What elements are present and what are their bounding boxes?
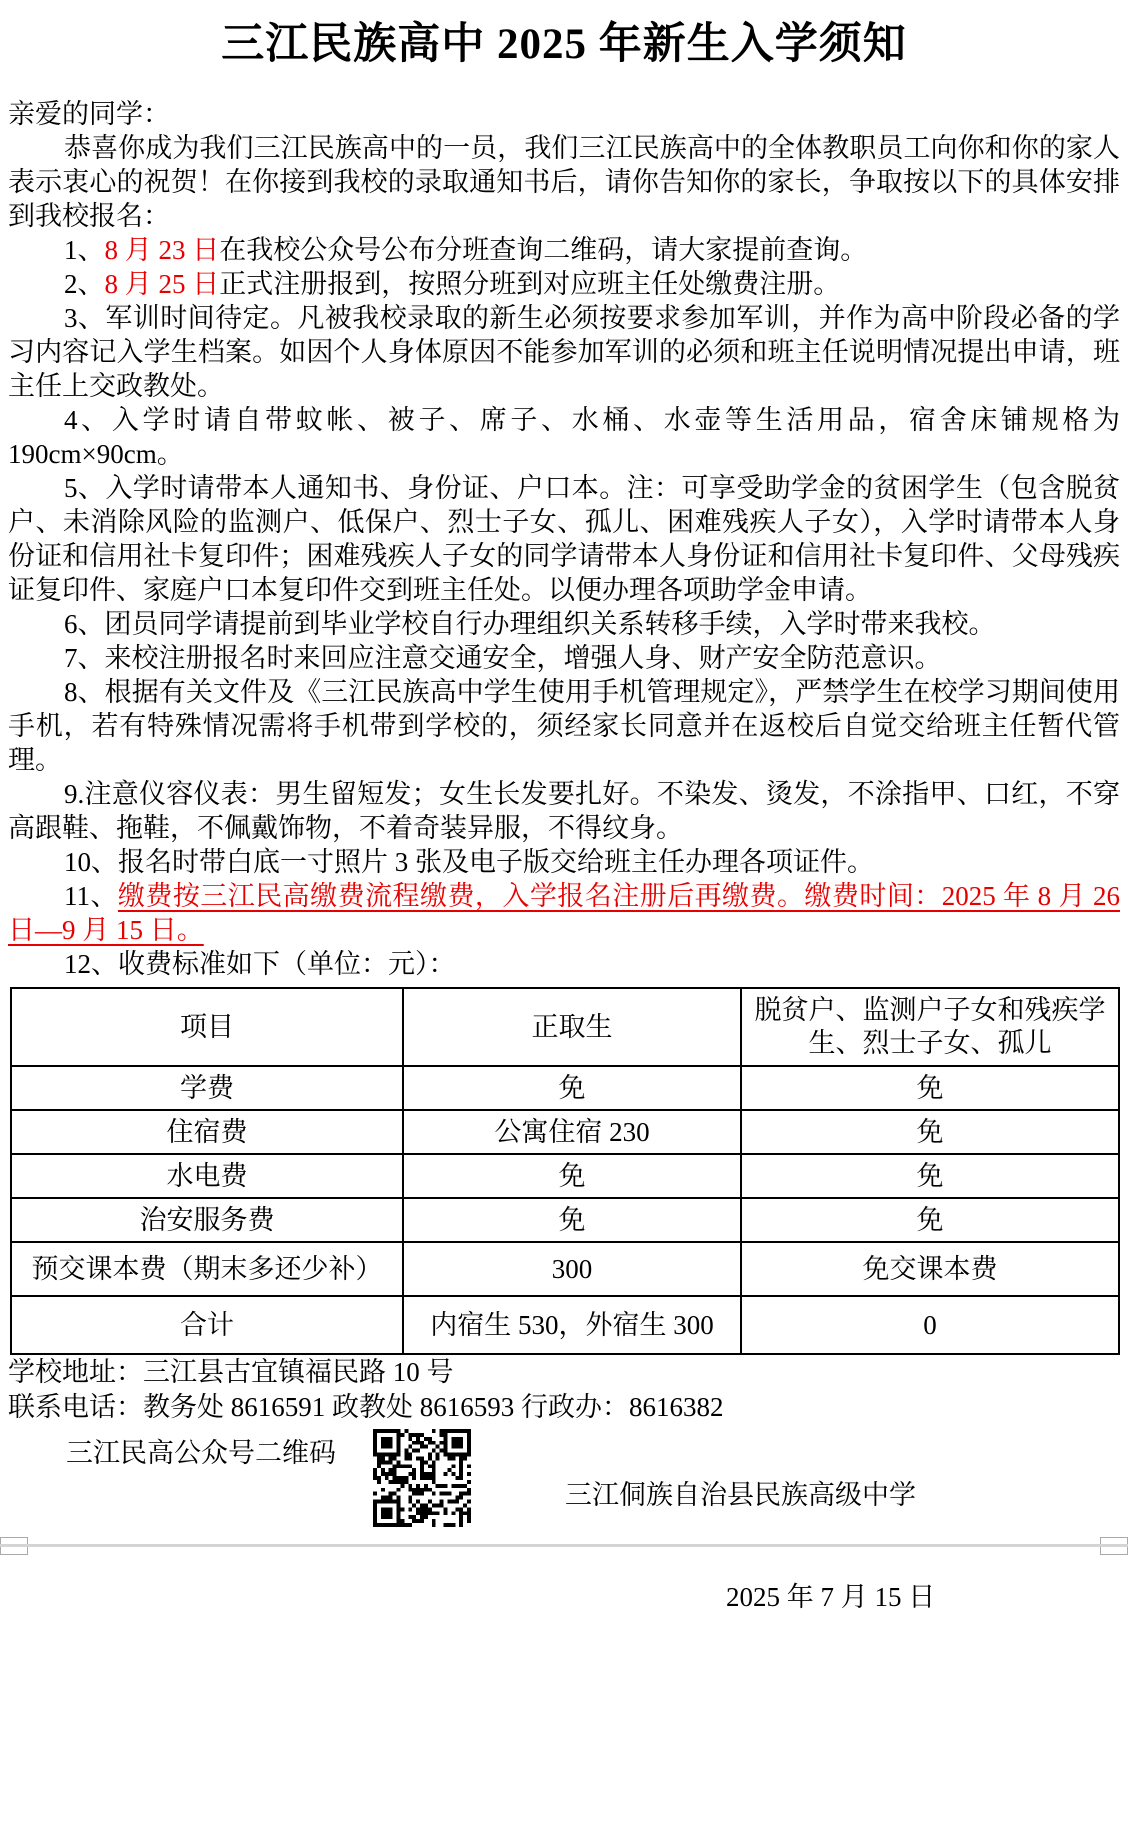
notice-item-8: 8、根据有关文件及《三江民族高中学生使用手机管理规定》，严禁学生在校学习期间使用…	[8, 675, 1120, 777]
table-cell: 免	[741, 1066, 1119, 1110]
item-text: 在我校公众号公布分班查询二维码，请大家提前查询。	[219, 235, 867, 265]
notice-item-2: 2、8 月 25 日正式注册报到，按照分班到对应班主任处缴费注册。	[8, 267, 1120, 301]
item-text: 根据有关文件及《三江民族高中学生使用手机管理规定》，严禁学生在校学习期间使用手机…	[8, 677, 1120, 775]
item-text: 团员同学请提前到毕业学校自行办理组织关系转移手续，入学时带来我校。	[105, 609, 996, 639]
contact-phones: 联系电话：教务处 8616591 政教处 8616593 行政办：8616382	[0, 1390, 1128, 1425]
item-number: 7、	[64, 643, 105, 673]
qr-label: 三江民高公众号二维码	[66, 1431, 336, 1470]
item-text: 军训时间待定。凡被我校录取的新生必须按要求参加军训，并作为高中阶段必备的学习内容…	[8, 303, 1120, 401]
table-cell: 免	[741, 1110, 1119, 1154]
table-header-regular-admit: 正取生	[403, 988, 741, 1066]
notice-item-11: 11、缴费按三江民高缴费流程缴费，入学报名注册后再缴费。缴费时间：2025 年 …	[8, 879, 1120, 947]
item-text: 入学时请带本人通知书、身份证、户口本。注：可享受助学金的贫困学生（包含脱贫户、未…	[8, 473, 1120, 605]
item-date-red: 8 月 25 日	[105, 269, 220, 299]
item-number: 9.	[64, 779, 84, 809]
item-number: 4、	[64, 405, 112, 435]
item-text: 来校注册报名时来回应注意交通安全，增强人身、财产安全防范意识。	[105, 643, 942, 673]
notice-item-4: 4、入学时请自带蚊帐、被子、席子、水桶、水壶等生活用品，宿舍床铺规格为 190c…	[8, 403, 1120, 471]
item-number: 12、	[64, 949, 118, 979]
payment-notice-red-underline: 缴费按三江民高缴费流程缴费，入学报名注册后再缴费。缴费时间：2025 年 8 月…	[8, 881, 1120, 945]
doc-title: 三江民族高中 2025 年新生入学须知	[0, 10, 1128, 71]
table-row-utilities: 水电费 免 免	[11, 1154, 1119, 1198]
table-cell: 住宿费	[11, 1110, 403, 1154]
notice-item-10: 10、报名时带白底一寸照片 3 张及电子版交给班主任办理各项证件。	[8, 845, 1120, 879]
item-number: 11、	[64, 881, 118, 911]
table-header-row: 项目 正取生 脱贫户、监测户子女和残疾学生、烈士子女、孤儿	[11, 988, 1119, 1066]
notice-item-1: 1、8 月 23 日在我校公众号公布分班查询二维码，请大家提前查询。	[8, 233, 1120, 267]
item-date-red: 8 月 23 日	[105, 235, 220, 265]
table-row-total: 合计 内宿生 530，外宿生 300 0	[11, 1296, 1119, 1354]
table-cell: 公寓住宿 230	[403, 1110, 741, 1154]
table-cell: 学费	[11, 1066, 403, 1110]
item-text: 正式注册报到，按照分班到对应班主任处缴费注册。	[219, 269, 840, 299]
item-text: 入学时请自带蚊帐、被子、席子、水桶、水壶等生活用品，宿舍床铺规格为 190cm×…	[8, 405, 1120, 469]
table-cell: 免	[403, 1198, 741, 1242]
table-cell: 水电费	[11, 1154, 403, 1198]
school-signature: 三江侗族自治县民族高级中学	[565, 1473, 916, 1512]
school-address: 学校地址：三江县古宜镇福民路 10 号	[0, 1355, 1128, 1390]
item-text: 报名时带白底一寸照片 3 张及电子版交给班主任办理各项证件。	[118, 847, 874, 877]
body-text: 亲爱的同学： 恭喜你成为我们三江民族高中的一员，我们三江民族高中的全体教职员工向…	[0, 97, 1128, 981]
item-number: 6、	[64, 609, 105, 639]
item-text: 注意仪容仪表：男生留短发；女生长发要扎好。不染发、烫发，不涂指甲、口红，不穿高跟…	[8, 779, 1120, 843]
notice-item-9: 9.注意仪容仪表：男生留短发；女生长发要扎好。不染发、烫发，不涂指甲、口红，不穿…	[8, 777, 1120, 845]
document-page: 三江民族高中 2025 年新生入学须知 亲爱的同学： 恭喜你成为我们三江民族高中…	[0, 0, 1128, 1829]
notice-item-3: 3、军训时间待定。凡被我校录取的新生必须按要求参加军训，并作为高中阶段必备的学习…	[8, 301, 1120, 403]
table-cell: 治安服务费	[11, 1198, 403, 1242]
notice-item-12: 12、收费标准如下（单位：元）：	[8, 947, 1120, 981]
notice-item-7: 7、来校注册报名时来回应注意交通安全，增强人身、财产安全防范意识。	[8, 641, 1120, 675]
table-cell: 免交课本费	[741, 1242, 1119, 1296]
greeting: 亲爱的同学：	[8, 97, 1120, 131]
table-cell: 0	[741, 1296, 1119, 1354]
table-cell: 合计	[11, 1296, 403, 1354]
qr-section: 三江民高公众号二维码 三江侗族自治县民族高级中学	[0, 1429, 1128, 1531]
qr-code-icon	[373, 1429, 471, 1527]
table-cell: 内宿生 530，外宿生 300	[403, 1296, 741, 1354]
fees-table: 项目 正取生 脱贫户、监测户子女和残疾学生、烈士子女、孤儿 学费 免 免 住宿费…	[10, 987, 1120, 1355]
page-break	[0, 1537, 1128, 1555]
table-cell: 300	[403, 1242, 741, 1296]
table-cell: 预交课本费（期末多还少补）	[11, 1242, 403, 1296]
item-number: 10、	[64, 847, 118, 877]
item-text: 收费标准如下（单位：元）：	[118, 949, 456, 979]
issue-date: 2025 年 7 月 15 日	[726, 1575, 1128, 1614]
notice-item-6: 6、团员同学请提前到毕业学校自行办理组织关系转移手续，入学时带来我校。	[8, 607, 1120, 641]
item-number: 5、	[64, 473, 105, 503]
item-number: 1、	[64, 235, 105, 265]
notice-item-5: 5、入学时请带本人通知书、身份证、户口本。注：可享受助学金的贫困学生（包含脱贫户…	[8, 471, 1120, 607]
table-header-subsidized: 脱贫户、监测户子女和残疾学生、烈士子女、孤儿	[741, 988, 1119, 1066]
item-number: 2、	[64, 269, 105, 299]
table-row-textbook: 预交课本费（期末多还少补） 300 免交课本费	[11, 1242, 1119, 1296]
table-cell: 免	[403, 1066, 741, 1110]
item-number: 3、	[64, 303, 105, 333]
table-cell: 免	[741, 1154, 1119, 1198]
table-cell: 免	[741, 1198, 1119, 1242]
intro-paragraph: 恭喜你成为我们三江民族高中的一员，我们三江民族高中的全体教职员工向你和你的家人表…	[8, 131, 1120, 233]
table-row-accommodation: 住宿费 公寓住宿 230 免	[11, 1110, 1119, 1154]
table-cell: 免	[403, 1154, 741, 1198]
page-break-line	[0, 1544, 1128, 1547]
table-row-security: 治安服务费 免 免	[11, 1198, 1119, 1242]
table-row-tuition: 学费 免 免	[11, 1066, 1119, 1110]
table-header-item: 项目	[11, 988, 403, 1066]
item-number: 8、	[64, 677, 105, 707]
